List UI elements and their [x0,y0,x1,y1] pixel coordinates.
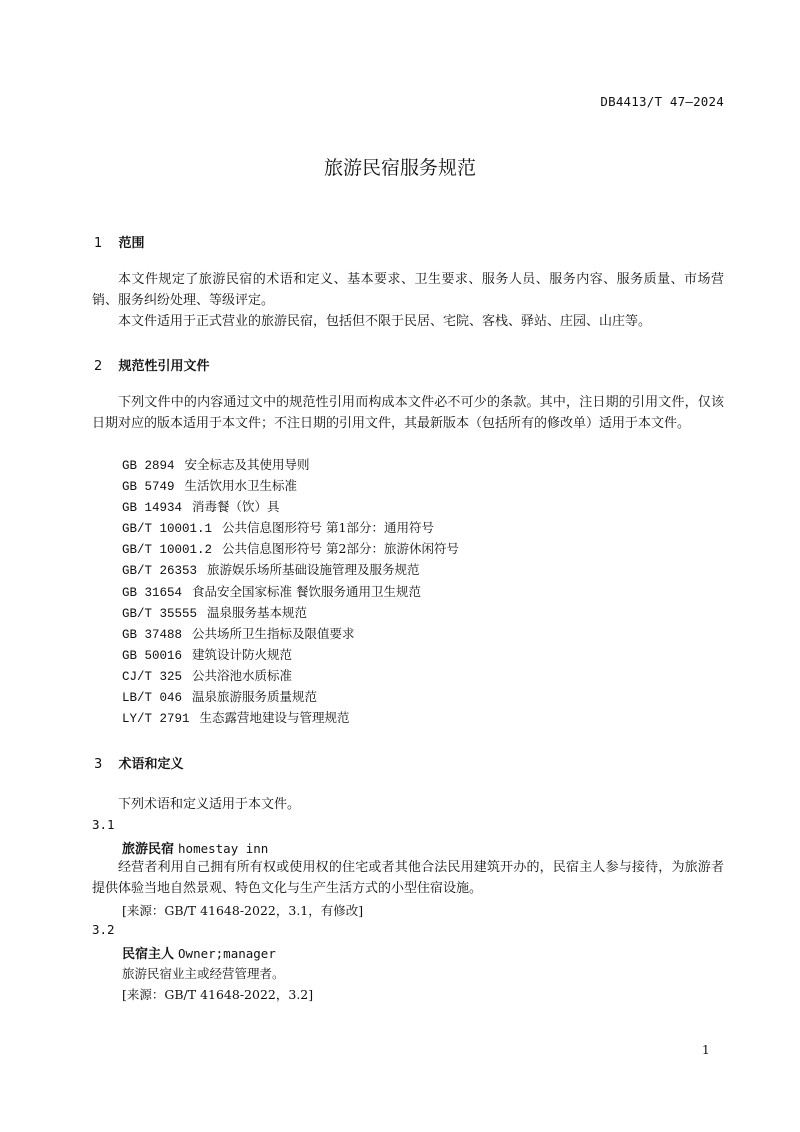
reference-code: LY/T 2791 [122,712,190,726]
section-2-body: 下列文件中的内容通过文中的规范性引用而构成本文件必不可少的条款。其中，注日期的引… [92,392,724,434]
reference-item: GB 37488公共场所卫生指标及限值要求 [122,623,459,644]
reference-title: 公共信息图形符号 第2部分：旅游休闲符号 [222,541,459,556]
term-number: 3.1 [92,817,115,832]
reference-title: 温泉旅游服务质量规范 [192,689,317,704]
term-name-en: homestay inn [178,841,268,856]
term-name: 民宿主人Owner;manager [122,943,276,962]
term-source: [来源：GB/T 41648-2022，3.2] [122,985,313,1003]
reference-code: GB 31654 [122,586,182,600]
section-1-heading: 1 范围 [94,232,145,251]
reference-code: GB 5749 [122,480,175,494]
term-name-zh: 旅游民宿 [122,842,174,857]
reference-title: 消毒餐（饮）具 [192,499,280,514]
reference-list: GB 2894安全标志及其使用导则 GB 5749生活饮用水卫生标准 GB 14… [122,454,459,728]
reference-item: GB/T 26353旅游娱乐场所基础设施管理及服务规范 [122,559,459,580]
reference-item: CJ/T 325公共浴池水质标准 [122,665,459,686]
reference-item: LB/T 046温泉旅游服务质量规范 [122,686,459,707]
term-name: 旅游民宿homestay inn [122,838,268,857]
reference-item: GB 31654食品安全国家标准 餐饮服务通用卫生规范 [122,581,459,602]
reference-code: GB 50016 [122,649,182,663]
reference-title: 安全标志及其使用导则 [185,457,310,472]
section-number: 3 [94,757,114,772]
section-title: 范围 [119,236,145,251]
reference-title: 温泉服务基本规范 [207,605,307,620]
page-number: 1 [702,1043,710,1057]
reference-item: GB/T 10001.2公共信息图形符号 第2部分：旅游休闲符号 [122,538,459,559]
reference-item: GB 5749生活饮用水卫生标准 [122,475,459,496]
term-name-en: Owner;manager [178,946,276,961]
reference-item: GB/T 35555温泉服务基本规范 [122,602,459,623]
paragraph: 本文件适用于正式营业的旅游民宿，包括但不限于民居、宅院、客栈、驿站、庄园、山庄等… [92,311,724,332]
reference-item: GB 2894安全标志及其使用导则 [122,454,459,475]
paragraph: 经营者利用自己拥有所有权或使用权的住宅或者其他合法民用建筑开办的，民宿主人参与接… [92,857,724,899]
section-number: 2 [94,359,114,374]
reference-item: GB 50016建筑设计防火规范 [122,644,459,665]
reference-code: GB/T 26353 [122,564,197,578]
reference-code: GB 14934 [122,501,182,515]
reference-title: 公共浴池水质标准 [192,668,292,683]
section-number: 1 [94,236,114,251]
paragraph: 下列文件中的内容通过文中的规范性引用而构成本文件必不可少的条款。其中，注日期的引… [92,392,724,434]
reference-title: 建筑设计防火规范 [192,647,292,662]
term-definition: 旅游民宿业主或经营管理者。 [122,964,285,982]
document-code: DB4413/T 47—2024 [600,94,724,109]
document-page: DB4413/T 47—2024 旅游民宿服务规范 1 范围 本文件规定了旅游民… [0,0,800,1132]
reference-code: GB/T 10001.2 [122,543,212,557]
section-title: 术语和定义 [119,757,184,772]
term-source: [来源：GB/T 41648-2022，3.1，有修改] [122,901,363,919]
term-number: 3.2 [92,922,115,937]
reference-item: LY/T 2791生态露营地建设与管理规范 [122,707,459,728]
section-title: 规范性引用文件 [119,359,210,374]
reference-code: GB 37488 [122,628,182,642]
reference-item: GB/T 10001.1公共信息图形符号 第1部分：通用符号 [122,517,459,538]
term-name-zh: 民宿主人 [122,947,174,962]
reference-code: GB/T 10001.1 [122,522,212,536]
document-title: 旅游民宿服务规范 [0,153,800,180]
term-definition: 经营者利用自己拥有所有权或使用权的住宅或者其他合法民用建筑开办的，民宿主人参与接… [92,857,724,899]
reference-code: GB/T 35555 [122,607,197,621]
reference-title: 生态露营地建设与管理规范 [200,710,350,725]
reference-title: 食品安全国家标准 餐饮服务通用卫生规范 [192,584,421,599]
section-3-intro: 下列术语和定义适用于本文件。 [92,794,724,815]
reference-title: 公共信息图形符号 第1部分：通用符号 [222,520,434,535]
section-1-body: 本文件规定了旅游民宿的术语和定义、基本要求、卫生要求、服务人员、服务内容、服务质… [92,269,724,332]
reference-title: 旅游娱乐场所基础设施管理及服务规范 [207,562,420,577]
reference-item: GB 14934消毒餐（饮）具 [122,496,459,517]
reference-code: CJ/T 325 [122,670,182,684]
paragraph: 下列术语和定义适用于本文件。 [92,794,724,815]
reference-title: 生活饮用水卫生标准 [185,478,298,493]
reference-code: GB 2894 [122,459,175,473]
reference-title: 公共场所卫生指标及限值要求 [192,626,355,641]
section-3-heading: 3 术语和定义 [94,753,184,772]
section-2-heading: 2 规范性引用文件 [94,355,210,374]
paragraph: 本文件规定了旅游民宿的术语和定义、基本要求、卫生要求、服务人员、服务内容、服务质… [92,269,724,311]
reference-code: LB/T 046 [122,691,182,705]
